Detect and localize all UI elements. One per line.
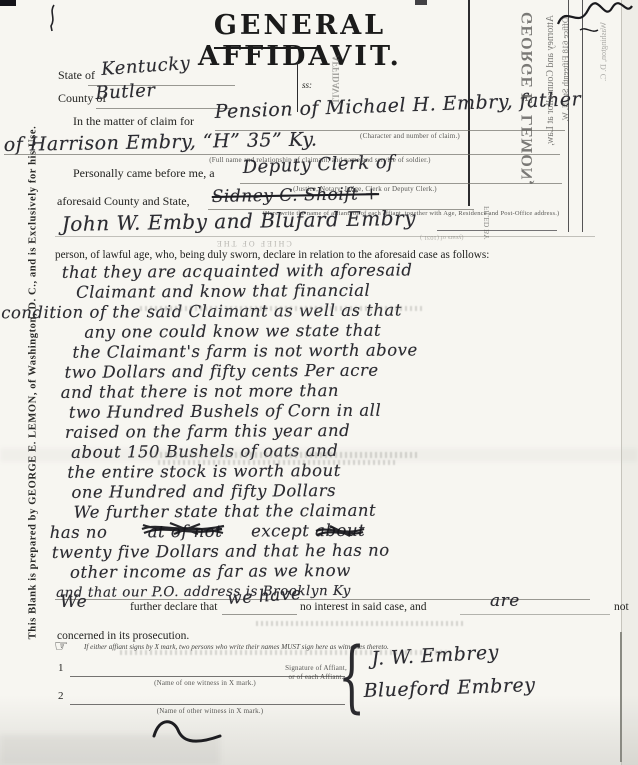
- bottom-shading: [0, 695, 638, 765]
- before-blank-line: [240, 183, 562, 184]
- page-edge-line-dark: [620, 632, 622, 762]
- bleed-docket-city: Washington, D. C.: [599, 22, 608, 81]
- edge-smudge: [0, 0, 16, 6]
- title-underline: [214, 47, 320, 49]
- bleed-affidavit-label: AFFIDAVIT: [331, 55, 341, 104]
- printer-imprint: This Blank is prepared by GEORGE E. LEMO…: [28, 83, 39, 683]
- bleed-filed-stamp: FILED BY: [483, 206, 491, 240]
- declaration-blank2: [460, 614, 610, 615]
- bleed-noise: [158, 460, 398, 465]
- state-label: State of: [58, 68, 95, 83]
- declaration-blank1: [222, 614, 297, 615]
- ink-scratch: [140, 520, 228, 538]
- claimant-value: of Harrison Embry, “H” 35” Ky.: [4, 129, 318, 156]
- bleed-years-fragment: (years of (1031.): [420, 234, 464, 241]
- declaration-text1: further declare that: [130, 601, 217, 613]
- aforesaid-label: aforesaid County and State,: [57, 194, 190, 209]
- bleed-docket-title: Attorney and Counsellor at Law,: [545, 15, 556, 146]
- witness-row2-number: 2: [58, 690, 64, 702]
- bleed-noise: [150, 452, 420, 458]
- affiant-signature-2: Blueford Embrey: [363, 674, 536, 702]
- witness-row1-number: 1: [58, 662, 64, 674]
- affiants-dash: [437, 230, 557, 231]
- bleed-docket-name: GEORGE E. LEMON,: [519, 12, 537, 185]
- witness-row2-line: [70, 704, 345, 705]
- aforesaid-struck-value: Sidney C. Shoift +: [212, 184, 380, 207]
- declaration-text3: concerned in its prosecution.: [57, 630, 189, 642]
- bleed-noise: [256, 621, 464, 626]
- declaration-have: we have: [227, 584, 302, 609]
- pen-mark-top-left: [46, 3, 60, 33]
- declaration-are: are: [490, 591, 520, 611]
- manicule-icon: ☞: [54, 636, 68, 655]
- bleed-chief-fragment: CHIEF OF THE: [215, 239, 292, 248]
- before-value: Deputy Clerk of: [242, 152, 394, 178]
- bleed-noise: [140, 306, 425, 311]
- claim-hint: (Character and number of claim.): [295, 132, 525, 140]
- affiants-value: John W. Emby and Blufard Embry: [62, 206, 417, 236]
- signature-brace: {: [338, 638, 365, 716]
- ink-scratch: [314, 524, 366, 539]
- affidavit-scan-page: This Blank is prepared by GEORGE E. LEMO…: [0, 0, 638, 765]
- right-edge-shading: [622, 0, 638, 765]
- declaration-not: not: [614, 601, 629, 613]
- affiants-blank-line: [55, 236, 595, 237]
- county-value: Butler: [95, 80, 156, 104]
- claim-label: In the matter of claim for: [73, 114, 194, 129]
- witness-row1-hint: (Name of one witness in X mark.): [95, 679, 315, 687]
- before-label: Personally came before me, a: [73, 166, 215, 181]
- declaration-text2: no interest in said case, and: [300, 601, 426, 613]
- bleed-docket-address: Office 618 Fifteenth St., N. W.: [561, 17, 571, 121]
- ss-label: ss:: [302, 80, 312, 90]
- pen-flourish-bottom: [148, 712, 226, 756]
- declaration-we: We: [60, 592, 87, 612]
- edge-smudge: [415, 0, 427, 5]
